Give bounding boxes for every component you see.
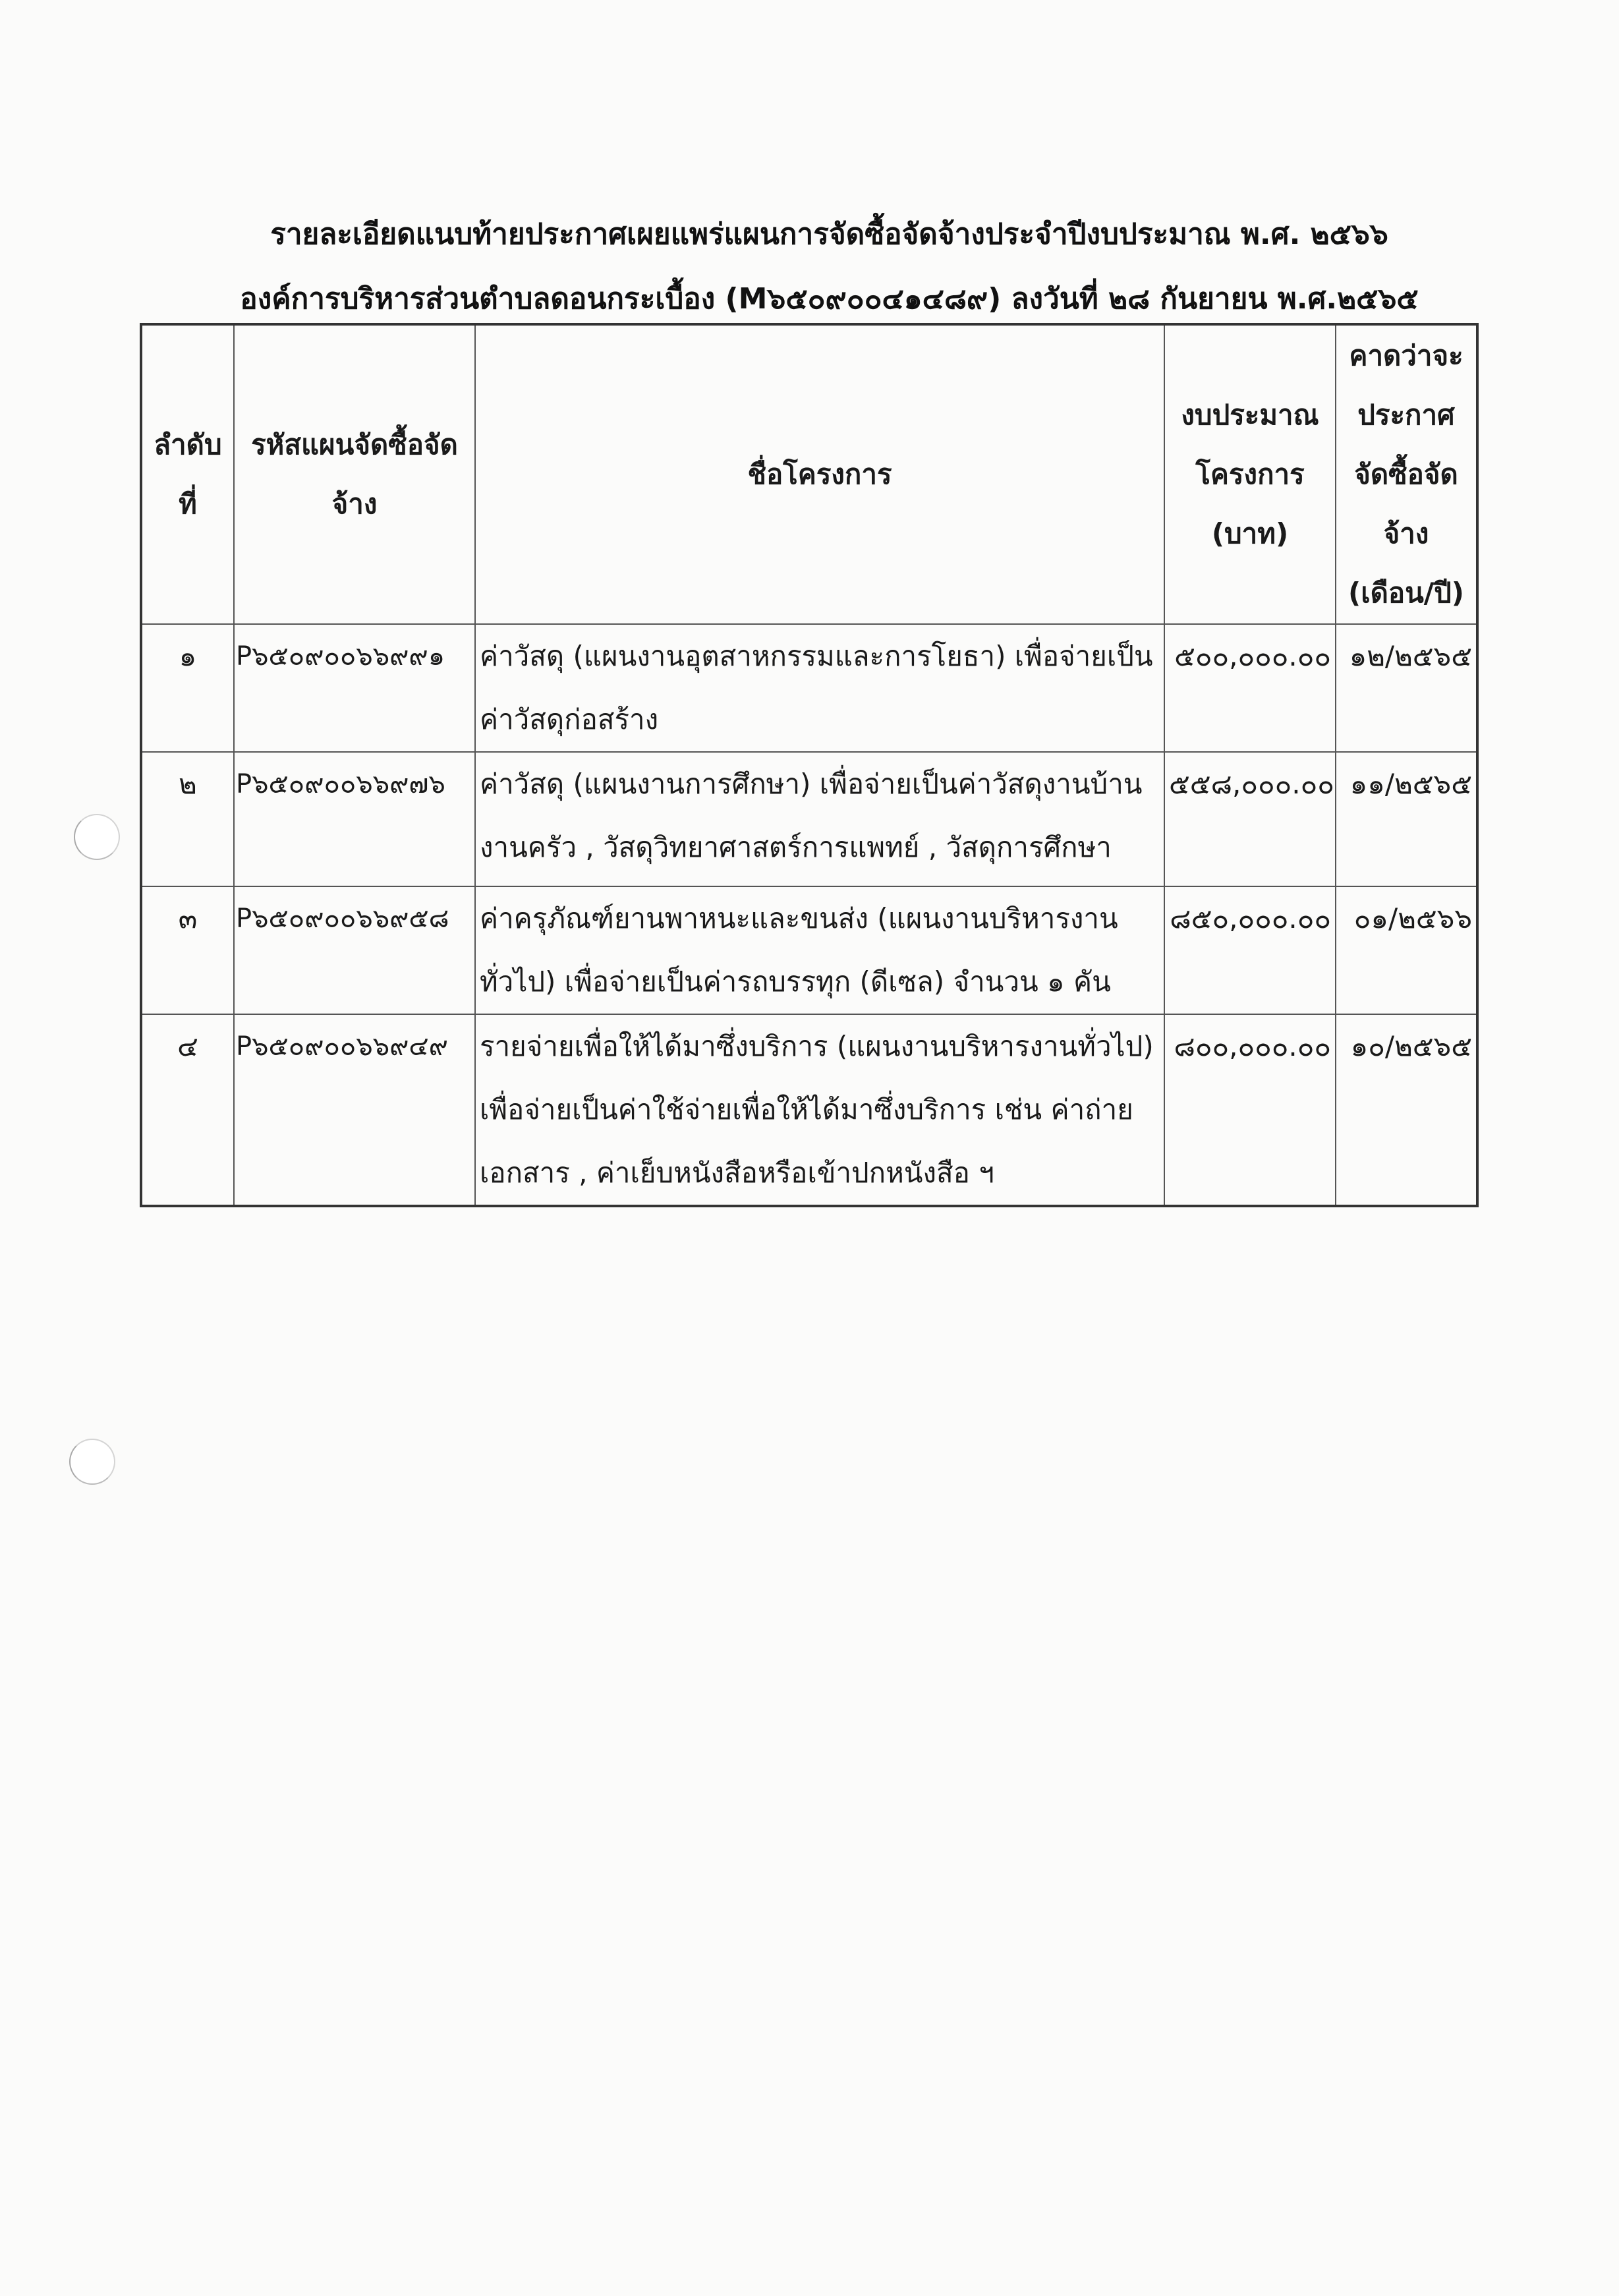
cell-plan-code: P๖๕๐๙๐๐๖๖๙๗๖: [234, 752, 475, 886]
cell-no: ๑: [141, 624, 234, 752]
cell-budget: ๘๐๐,๐๐๐.๐๐: [1164, 1014, 1336, 1206]
cell-project-name: ค่าวัสดุ (แผนงานอุตสาหกรรมและการโยธา) เพ…: [475, 624, 1164, 752]
cell-plan-code: P๖๕๐๙๐๐๖๖๙๙๑: [234, 624, 475, 752]
table-row: ๒ P๖๕๐๙๐๐๖๖๙๗๖ ค่าวัสดุ (แผนงานการศึกษา)…: [141, 752, 1477, 886]
table-row: ๑ P๖๕๐๙๐๐๖๖๙๙๑ ค่าวัสดุ (แผนงานอุตสาหกรร…: [141, 624, 1477, 752]
cell-budget: ๕๕๘,๐๐๐.๐๐: [1164, 752, 1336, 886]
table-row: ๓ P๖๕๐๙๐๐๖๖๙๕๘ ค่าครุภัณฑ์ยานพาหนะและขนส…: [141, 886, 1477, 1014]
cell-project-name: ค่าครุภัณฑ์ยานพาหนะและขนส่ง (แผนงานบริหา…: [475, 886, 1164, 1014]
cell-project-name: ค่าวัสดุ (แผนงานการศึกษา) เพื่อจ่ายเป็นค…: [475, 752, 1164, 886]
header-plan-code: รหัสแผนจัดซื้อจัดจ้าง: [234, 324, 475, 624]
header-expected-date: คาดว่าจะ ประกาศ จัดซื้อจัด จ้าง (เดือน/ป…: [1336, 324, 1477, 624]
table-row: ๔ P๖๕๐๙๐๐๖๖๙๔๙ รายจ่ายเพื่อให้ได้มาซึ่งบ…: [141, 1014, 1477, 1206]
procurement-plan-table: ลำดับที่ รหัสแผนจัดซื้อจัดจ้าง ชื่อโครงก…: [140, 323, 1479, 1207]
punch-hole: [74, 814, 120, 860]
header-no: ลำดับที่: [141, 324, 234, 624]
document-title-line-1: รายละเอียดแนบท้ายประกาศเผยแพร่แผนการจัดซ…: [20, 211, 1619, 257]
cell-no: ๔: [141, 1014, 234, 1206]
document-title-line-2: องค์การบริหารส่วนตำบลดอนกระเบื้อง (M๖๕๐๙…: [20, 275, 1619, 322]
cell-expected-date: ๑๑/๒๕๖๕: [1336, 752, 1477, 886]
cell-expected-date: ๑๒/๒๕๖๕: [1336, 624, 1477, 752]
cell-no: ๒: [141, 752, 234, 886]
punch-hole: [69, 1439, 115, 1485]
cell-plan-code: P๖๕๐๙๐๐๖๖๙๕๘: [234, 886, 475, 1014]
cell-plan-code: P๖๕๐๙๐๐๖๖๙๔๙: [234, 1014, 475, 1206]
cell-budget: ๕๐๐,๐๐๐.๐๐: [1164, 624, 1336, 752]
table-header-row: ลำดับที่ รหัสแผนจัดซื้อจัดจ้าง ชื่อโครงก…: [141, 324, 1477, 624]
cell-no: ๓: [141, 886, 234, 1014]
header-budget: งบประมาณ โครงการ (บาท): [1164, 324, 1336, 624]
cell-project-name: รายจ่ายเพื่อให้ได้มาซึ่งบริการ (แผนงานบร…: [475, 1014, 1164, 1206]
header-project-name: ชื่อโครงการ: [475, 324, 1164, 624]
cell-expected-date: ๑๐/๒๕๖๕: [1336, 1014, 1477, 1206]
cell-expected-date: ๐๑/๒๕๖๖: [1336, 886, 1477, 1014]
cell-budget: ๘๕๐,๐๐๐.๐๐: [1164, 886, 1336, 1014]
